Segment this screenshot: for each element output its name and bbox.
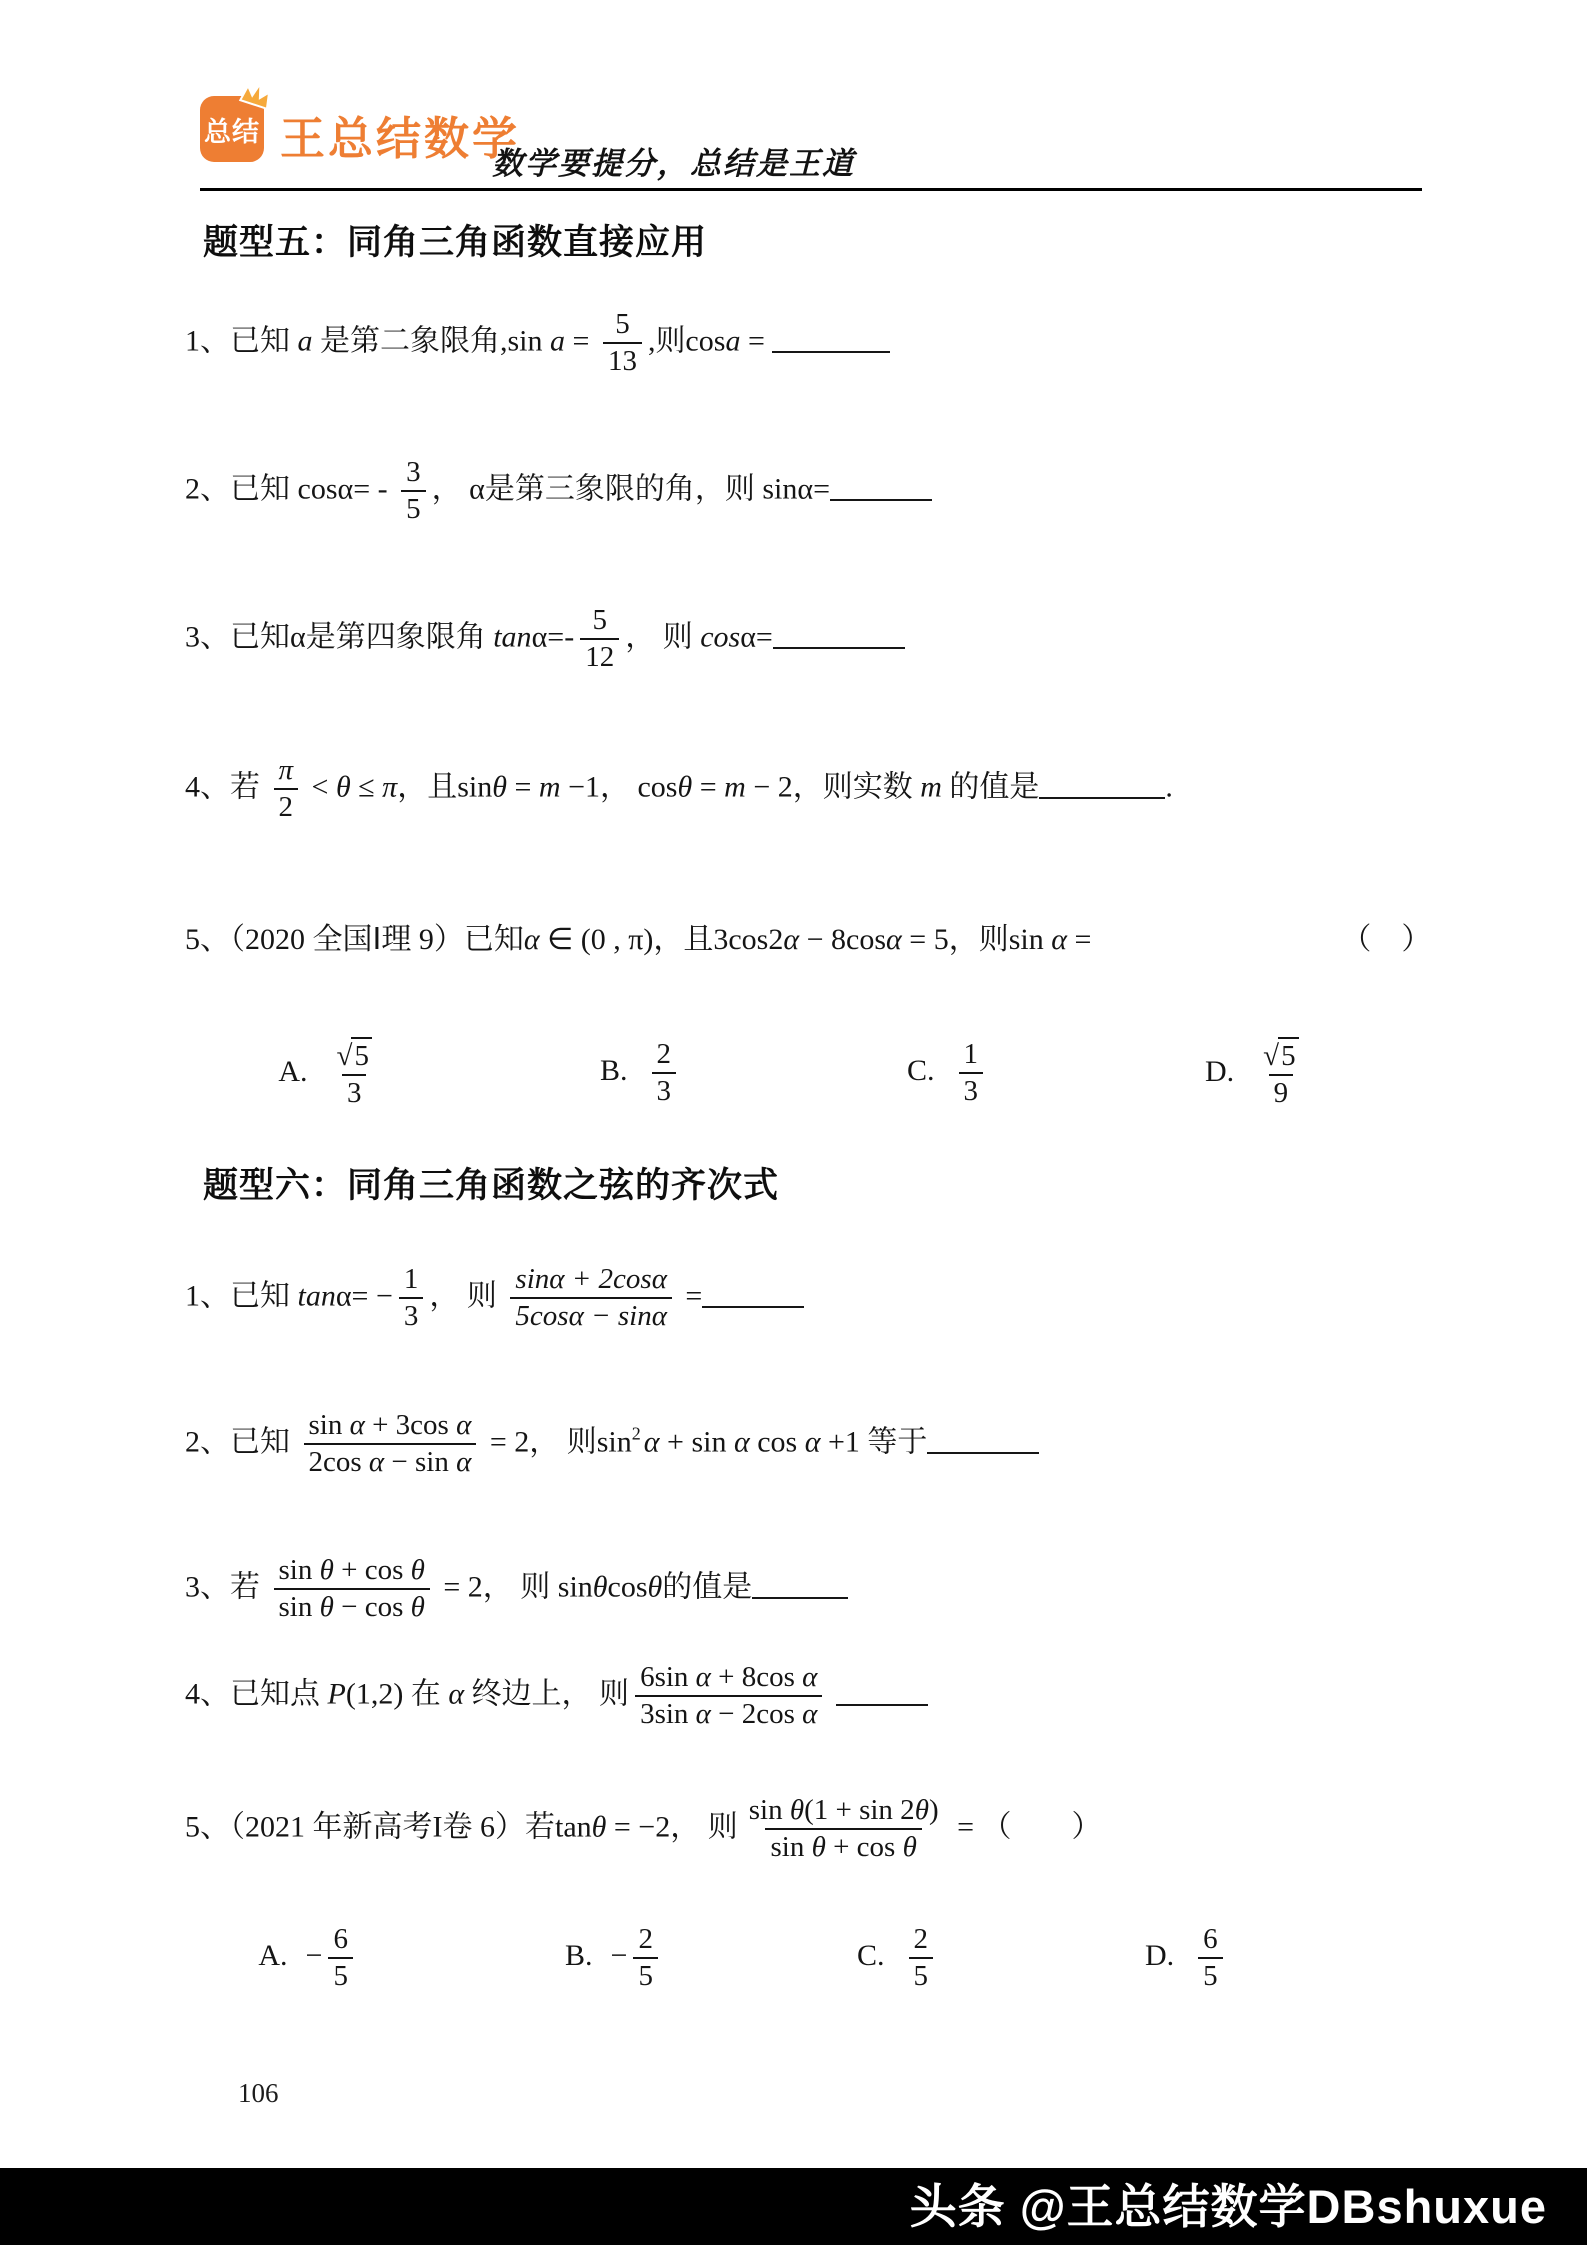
options-row-6: A.−65 B.−25 C.25 D.65 [0, 1888, 1587, 1988]
problem-5-4: 4、若 π2 < θ ≤ π，且sinθ = m −1， cosθ = m − … [185, 753, 1173, 826]
problem-6-5: 5、（2021 年新高考I卷 6）若tanθ = −2， 则sin θ(1 + … [185, 1793, 1102, 1866]
option-value: √59 [1252, 1055, 1309, 1088]
option-5-a: A.√53 [235, 1003, 383, 1146]
section-5-heading: 题型五：同角三角函数直接应用 [203, 215, 707, 265]
logo-badge-text: 总结 [204, 110, 260, 149]
option-value: −25 [611, 1939, 664, 1972]
option-label: C. [907, 1054, 935, 1087]
logo-wordmark: 王总结数学 [280, 102, 520, 167]
option-value: 25 [903, 1939, 940, 1972]
option-value: 13 [953, 1054, 990, 1087]
option-label: A. [258, 1939, 287, 1972]
section-6-heading: 题型六：同角三角函数之弦的齐次式 [203, 1158, 779, 1208]
problem-5-3: 3、已知α是第四象限角 tanα=-512， 则 cosα= [185, 603, 905, 676]
problem-5-1: 1、已知 a 是第二象限角,sin a = 513,则cosa = [185, 307, 890, 380]
problem-5-2: 2、已知 cosα= - 35， α是第三象限的角，则 sinα= [185, 455, 932, 528]
option-5-d: D.√59 [1160, 1003, 1310, 1146]
option-value: 23 [646, 1054, 683, 1087]
option-label: B. [565, 1939, 593, 1972]
option-value: −65 [306, 1939, 359, 1972]
worksheet-page: 总结 王总结数学 数学要提分，总结是王道 题型五：同角三角函数直接应用 1、已知… [0, 0, 1587, 2245]
problem-6-2: 2、已知 sin α + 3cos α2cos α − sin α = 2， 则… [185, 1408, 1039, 1481]
option-6-a: A.−65 [215, 1888, 359, 2029]
options-row-5: A.√53 B.23 C.13 D.√59 [0, 1003, 1587, 1103]
option-5-c: C.13 [862, 1003, 989, 1144]
page-number: 106 [238, 2078, 279, 2109]
watermark-bar: 头条 @王总结数学DBshuxue [0, 2168, 1587, 2245]
logo-badge: 总结 [200, 96, 264, 162]
option-label: C. [857, 1939, 885, 1972]
option-label: B. [600, 1054, 628, 1087]
option-label: D. [1145, 1939, 1174, 1972]
problem-6-4: 4、已知点 P(1,2) 在 α 终边上， 则6sin α + 8cos α3s… [185, 1660, 928, 1733]
problem-5-5: 5、（2020 全国Ⅰ理 9）已知α ∈ (0 , π)，且3cos2α − 8… [185, 920, 1431, 961]
crown-icon [237, 76, 277, 111]
problem-6-3: 3、若 sin θ + cos θsin θ − cos θ = 2， 则 si… [185, 1553, 848, 1626]
option-5-b: B.23 [555, 1003, 682, 1144]
watermark-text: 头条 @王总结数学DBshuxue [910, 2170, 1547, 2237]
option-value: √53 [326, 1055, 383, 1088]
header-divider [200, 188, 1422, 191]
option-6-b: B.−25 [520, 1888, 664, 2029]
option-label: D. [1205, 1055, 1234, 1088]
tagline: 数学要提分，总结是王道 [492, 138, 855, 183]
option-label: A. [278, 1055, 307, 1088]
option-6-d: D.65 [1100, 1888, 1229, 2029]
problem-6-1: 1、已知 tanα= −13， 则 sinα + 2cosα5cosα − si… [185, 1262, 804, 1335]
option-6-c: C.25 [812, 1888, 939, 2029]
option-value: 65 [1192, 1939, 1229, 1972]
